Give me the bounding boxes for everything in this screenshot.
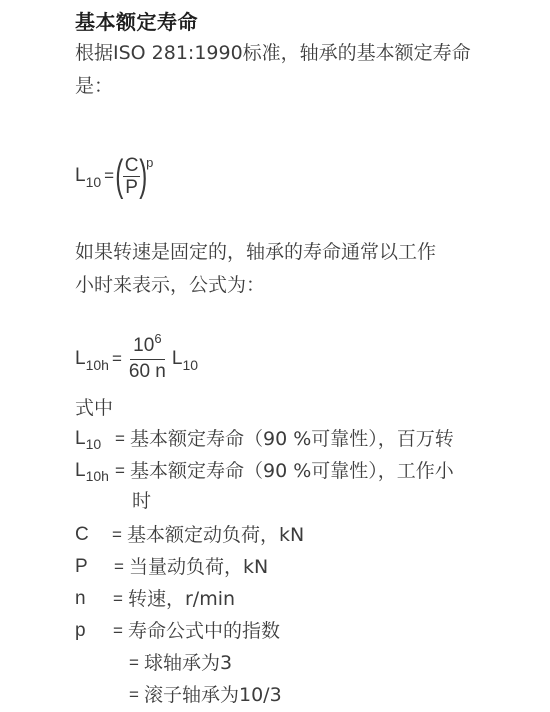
formula2-equals: = bbox=[112, 349, 122, 369]
definition-text: 球轴承为3 bbox=[144, 648, 232, 678]
definition-text: 基本额定动负荷，kN bbox=[127, 520, 304, 550]
definition-equals: = bbox=[115, 424, 125, 454]
definition-symbol: p bbox=[75, 616, 86, 646]
definition-symbol: P bbox=[75, 552, 88, 582]
section-title: 基本额定寿命 bbox=[75, 6, 198, 35]
definition-equals: = bbox=[113, 584, 123, 614]
definition-n: n = 转速，r/min bbox=[75, 584, 495, 616]
definition-symbol: C bbox=[75, 520, 89, 550]
definition-symbol: L10 bbox=[75, 424, 101, 454]
definition-text: 当量动负荷，kN bbox=[129, 552, 268, 582]
fraction-numerator: C bbox=[123, 155, 141, 177]
formula-exponent: p bbox=[146, 155, 153, 170]
formula-lhs: L bbox=[75, 165, 86, 187]
definition-text: 滚子轴承为10/3 bbox=[144, 680, 282, 710]
definition-symbol: n bbox=[75, 584, 86, 614]
numerator-exponent: 6 bbox=[154, 331, 161, 346]
left-paren: ( bbox=[115, 154, 123, 198]
formula-life-hours: L10h = 106 60 n L10 bbox=[75, 330, 198, 388]
fraction2-numerator: 106 bbox=[130, 334, 164, 360]
definition-c: C = 基本额定动负荷，kN bbox=[75, 520, 495, 552]
definition-text-continued: 时 bbox=[132, 486, 151, 516]
hours-paragraph: 如果转速是固定的，轴承的寿命通常以工作 小时来表示，公式为： bbox=[75, 236, 436, 302]
definition-symbol: L10h bbox=[75, 456, 109, 486]
definition-text: 基本额定寿命（90 %可靠性），工作小 bbox=[130, 456, 454, 486]
definition-text: 转速，r/min bbox=[128, 584, 235, 614]
numerator-base: 10 bbox=[133, 335, 154, 356]
where-label: 式中 bbox=[75, 394, 113, 422]
intro-paragraph: 根据ISO 281:1990标准，轴承的基本额定寿命 是： bbox=[75, 37, 471, 103]
definition-equals: = bbox=[114, 552, 124, 582]
formula-basic-rating-life: L10 = ( C P )p bbox=[75, 150, 153, 202]
definition-equals: = bbox=[129, 680, 139, 710]
fraction-denominator: P bbox=[123, 177, 140, 198]
definition-roller-bearing: = 滚子轴承为10/3 bbox=[75, 680, 495, 712]
definition-p-load: P = 当量动负荷，kN bbox=[75, 552, 495, 584]
hours-line-2: 小时来表示，公式为： bbox=[75, 269, 436, 302]
definition-text: 寿命公式中的指数 bbox=[128, 616, 280, 646]
formula2-lhs: L bbox=[75, 348, 86, 370]
definition-ball-bearing: = 球轴承为3 bbox=[75, 648, 495, 680]
formula-equals: = bbox=[104, 166, 114, 186]
intro-line-2: 是： bbox=[75, 70, 471, 103]
fraction-million-over-60n: 106 60 n bbox=[126, 334, 169, 384]
definition-p-exponent: p = 寿命公式中的指数 bbox=[75, 616, 495, 648]
formula2-rhs-subscript: 10 bbox=[182, 357, 198, 373]
definition-equals: = bbox=[129, 648, 139, 678]
definitions-list: L10 = 基本额定寿命（90 %可靠性），百万转 L10h = 基本额定寿命（… bbox=[75, 424, 495, 712]
hours-line-1: 如果转速是固定的，轴承的寿命通常以工作 bbox=[75, 236, 436, 269]
formula2-rhs: L bbox=[172, 348, 183, 370]
definition-equals: = bbox=[112, 520, 122, 550]
definition-l10h: L10h = 基本额定寿命（90 %可靠性），工作小 时 bbox=[75, 456, 495, 520]
intro-line-1: 根据ISO 281:1990标准，轴承的基本额定寿命 bbox=[75, 37, 471, 70]
formula2-lhs-subscript: 10h bbox=[86, 357, 109, 373]
fraction2-denominator: 60 n bbox=[126, 360, 169, 384]
fraction-c-over-p: C P bbox=[123, 155, 141, 198]
definition-l10: L10 = 基本额定寿命（90 %可靠性），百万转 bbox=[75, 424, 495, 456]
definition-equals: = bbox=[113, 616, 123, 646]
definition-equals: = bbox=[115, 456, 125, 486]
definition-text: 基本额定寿命（90 %可靠性），百万转 bbox=[130, 424, 454, 454]
formula-lhs-subscript: 10 bbox=[86, 174, 102, 190]
